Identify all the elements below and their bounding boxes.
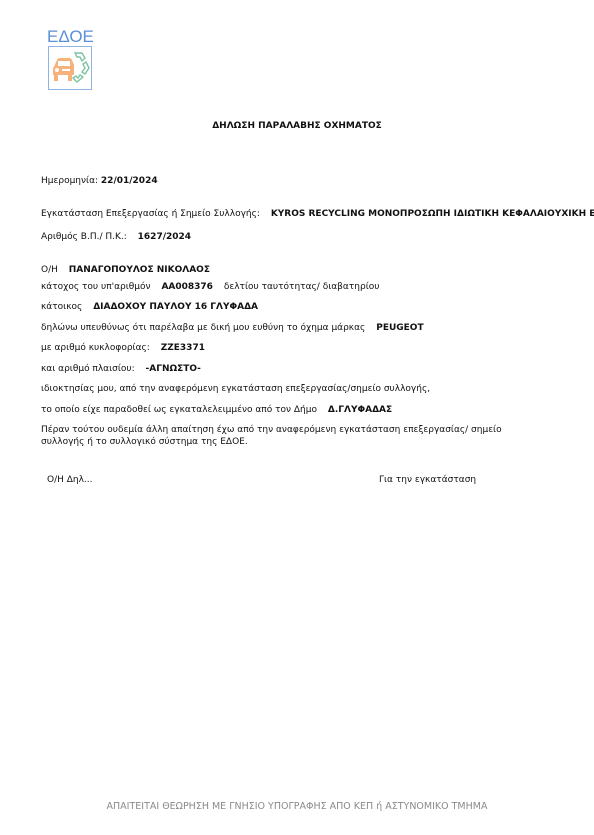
permit-row: Αριθμός Β.Π./ Π.Κ.: 1627/2024 (41, 232, 191, 242)
address-value: ΔΙΑΔΟΧΟΥ ΠΑΥΛΟΥ 16 ΓΛΥΦΑΔΑ (93, 302, 258, 312)
date-value: 22/01/2024 (101, 176, 158, 186)
chassis-value: -ΑΓΝΩΣΤΟ- (146, 364, 201, 374)
plate-label: με αριθμό κυκλοφορίας: (41, 343, 150, 353)
facility-value: KYROS RECYCLING ΜΟΝΟΠΡΟΣΩΠΗ ΙΔΙΩΤΙΚΗ ΚΕΦ… (271, 209, 594, 219)
date-label: Ημερομηνία: (41, 176, 98, 186)
edoe-logo: ΕΔΟΕ (47, 28, 93, 92)
signature-facility: Για την εγκατάσταση (379, 475, 476, 485)
owner-label: Ο/Η (41, 265, 58, 275)
municipality-row: το οποίο είχε παραδοθεί ως εγκαταλελειμμ… (41, 405, 392, 415)
chassis-row: και αριθμό πλαισίου: -ΑΓΝΩΣΤΟ- (41, 364, 201, 374)
plate-row: με αριθμό κυκλοφορίας: ZZE3371 (41, 343, 205, 353)
facility-label: Εγκατάσταση Επεξεργασίας ή Σημείο Συλλογ… (41, 209, 260, 219)
footer-note: ΑΠΑΙΤΕΙΤΑΙ ΘΕΩΡΗΣΗ ΜΕ ΓΝΗΣΙΟ ΥΠΟΓΡΑΦΗΣ Α… (0, 801, 594, 812)
municipality-value: Δ.ΓΛΥΦΑΔΑΣ (328, 405, 392, 415)
id-card-suffix: δελτίου ταυτότητας/ διαβατηρίου (224, 282, 380, 292)
document-title: ΔΗΛΩΣΗ ΠΑΡΑΛΑΒΗΣ ΟΧΗΜΑΤΟΣ (0, 121, 594, 131)
signature-declarant: Ο/Η Δηλ... (47, 475, 93, 485)
brand-row: δηλώνω υπευθύνως ότι παρέλαβα με δική μο… (41, 323, 424, 333)
car-recycle-icon (49, 47, 90, 88)
id-card-value: ΑΑ008376 (161, 282, 213, 292)
address-row: κάτοικος ΔΙΑΔΟΧΟΥ ΠΑΥΛΟΥ 16 ΓΛΥΦΑΔΑ (41, 302, 258, 312)
date-row: Ημερομηνία: 22/01/2024 (41, 176, 158, 186)
facility-row: Εγκατάσταση Επεξεργασίας ή Σημείο Συλλογ… (41, 209, 594, 219)
logo-text: ΕΔΟΕ (47, 28, 93, 45)
owner-row: Ο/Η ΠΑΝΑΓΟΠΟΥΛΟΣ ΝΙΚΟΛΑΟΣ (41, 265, 210, 275)
permit-label: Αριθμός Β.Π./ Π.Κ.: (41, 232, 127, 242)
address-label: κάτοικος (41, 302, 82, 312)
chassis-label: και αριθμό πλαισίου: (41, 364, 135, 374)
disclaimer-paragraph: Πέραν τούτου ουδεμία άλλη απαίτηση έχω α… (41, 424, 521, 448)
permit-value: 1627/2024 (138, 232, 191, 242)
brand-label: δηλώνω υπευθύνως ότι παρέλαβα με δική μο… (41, 323, 365, 333)
ownership-line: ιδιοκτησίας μου, από την αναφερόμενη εγκ… (41, 384, 430, 394)
municipality-label: το οποίο είχε παραδοθεί ως εγκαταλελειμμ… (41, 405, 317, 415)
plate-value: ZZE3371 (161, 343, 205, 353)
id-card-row: κάτοχος του υπ'αριθμόν ΑΑ008376 δελτίου … (41, 282, 379, 292)
owner-value: ΠΑΝΑΓΟΠΟΥΛΟΣ ΝΙΚΟΛΑΟΣ (69, 265, 210, 275)
id-card-label: κάτοχος του υπ'αριθμόν (41, 282, 151, 292)
brand-value: PEUGEOT (376, 323, 423, 333)
logo-frame (48, 46, 92, 90)
